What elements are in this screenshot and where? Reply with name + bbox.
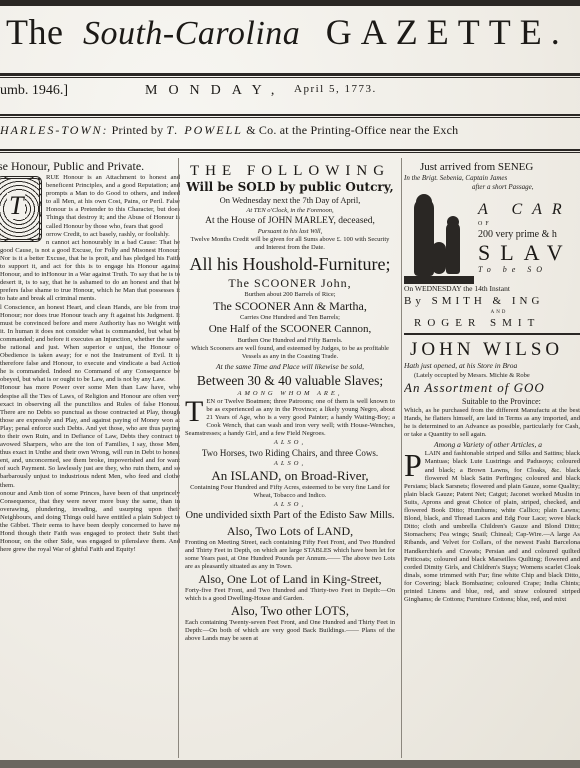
issue-number: umb. 1946.] xyxy=(0,83,68,99)
ad-scooner-ann-martha-detail: Carries One Hundred and Ten Barrels; xyxy=(181,314,399,322)
issue-date: April 5, 1773. xyxy=(294,83,377,95)
ad-scooner-cannon-detail: Burthen One Hundred and Fifty Barrels. xyxy=(181,337,399,345)
ad-mills: One undivided sixth Part of the Edisto S… xyxy=(181,509,399,523)
wilson-suitable: Suitable to the Province: xyxy=(462,396,580,407)
ad-scooner-john: The SCOONER John, xyxy=(181,276,399,291)
ad-king-street-detail: Forty-five Feet Front, and Two Hundred a… xyxy=(181,587,399,603)
ad-lots-detail: Fronting on Meeting Street, each contain… xyxy=(181,539,399,571)
ad-other-lots: Also, Two other LOTS, xyxy=(181,603,399,619)
bottom-border xyxy=(0,760,580,768)
imprint-printed-by: Printed by xyxy=(112,123,164,137)
imprint-place: HARLES-TOWN: xyxy=(0,123,108,137)
ornamental-initial: T xyxy=(0,176,42,242)
ad-place: At the House of JOHN MARLEY, deceased, xyxy=(181,215,399,227)
ad-scooner-note: Which Scooners are well found, and estee… xyxy=(181,345,399,361)
seller-and: AND xyxy=(404,309,580,316)
ad-scooner-john-detail: Burthen about 200 Barrels of Rice; xyxy=(181,291,399,299)
ad-pursuant: Pursuant to his last Will, xyxy=(181,227,399,236)
cargo-of: OF xyxy=(459,220,580,228)
ad-slaves-text: EN or Twelve Boatmen; three Patroons; on… xyxy=(185,398,395,438)
arrival-passage: after a short Passage, xyxy=(472,183,580,192)
masthead-gazette: GAZETTE. xyxy=(326,12,569,52)
seller-roger: ROGER SMIT xyxy=(414,316,580,330)
ad-among-whom: AMONG WHOM ARE, xyxy=(181,389,399,398)
masthead-the: The xyxy=(6,12,63,52)
ad-king-street: Also, One Lot of Land in King-Street, xyxy=(181,571,399,587)
top-border xyxy=(0,0,580,6)
arrival-brig: In the Brigt. Sebenia, Captain James xyxy=(404,174,580,183)
wilson-which: Which, as he purchased from the differen… xyxy=(404,407,580,439)
ad-time: At TEN o'Clock, in the Forenoon, xyxy=(181,206,399,215)
wilson-assortment: An Assortment of GOO xyxy=(404,380,580,396)
column-divider xyxy=(401,158,402,758)
wilson-opened: Hath just opened, at his Store in Broa xyxy=(404,361,580,371)
wilson-lately: (Lately occupied by Messrs. Michie & Rob… xyxy=(414,371,580,380)
ad-divider xyxy=(404,333,580,335)
column-auction-ad: THE FOLLOWING Will be SOLD by public Out… xyxy=(181,158,399,760)
imprint-printer: T. POWELL xyxy=(167,123,243,137)
ad-horses: Two Horses, two Riding Chairs, and three… xyxy=(181,447,399,459)
issue-day: MONDAY, xyxy=(145,83,285,99)
dateline-rule-thin xyxy=(0,117,580,118)
ornamental-initial-letter: T xyxy=(7,193,25,219)
ad-other-lots-detail: Each containing Twenty-seven Feet Front,… xyxy=(181,619,399,643)
column-divider xyxy=(178,158,179,758)
dateline: umb. 1946.] MONDAY, April 5, 1773. xyxy=(0,81,580,103)
wilson-goods-list: LAIN and fashionable striped and Silks a… xyxy=(404,450,580,604)
drop-cap-t: T xyxy=(185,399,203,425)
ad-also: ALSO, xyxy=(181,500,399,509)
imprint-rest: & Co. at the Printing-Office near the Ex… xyxy=(246,123,458,137)
essay-paragraph: n cannot act honourably in a bad Cause: … xyxy=(0,239,180,304)
imprint-rule xyxy=(0,149,580,151)
ad-heading: THE FOLLOWING xyxy=(181,162,399,180)
ad-same-time: At the same Time and Place will likewise… xyxy=(181,361,399,372)
ad-slaves-heading: Between 30 & 40 valuable Slaves; xyxy=(181,372,399,389)
woodcut-illustration xyxy=(404,194,474,284)
sale-date: On WEDNESDAY the 14th Instant xyxy=(404,284,580,294)
column-merchant-ads: Just arrived from SENEG In the Brigt. Se… xyxy=(404,158,580,760)
wilson-among: Among a Variety of other Articles, a xyxy=(434,439,580,450)
ad-island: An ISLAND, on Broad-River, xyxy=(181,468,399,484)
drop-cap-p: P xyxy=(404,451,422,479)
essay-title: se Honour, Public and Private. xyxy=(0,158,180,174)
column-essay: se Honour, Public and Private. T RUE Hon… xyxy=(0,158,180,760)
imprint-rule-thin xyxy=(0,152,580,153)
essay-paragraph: Honour has more Power over some Men than… xyxy=(0,384,180,489)
masthead-south-carolina: South-Carolina xyxy=(83,15,300,52)
ad-also: ALSO, xyxy=(181,438,399,447)
dateline-rule xyxy=(0,114,580,116)
newspaper-page: The South-Carolina GAZETTE. umb. 1946.] … xyxy=(0,0,580,768)
seller-smith: By SMITH & ING xyxy=(404,294,580,309)
essay-paragraph: l Conscience, an honest Heart, and clean… xyxy=(0,304,180,385)
imprint-line: HARLES-TOWN: Printed by T. POWELL & Co. … xyxy=(0,123,580,138)
ad-credit: Twelve Months Credit will be given for a… xyxy=(181,236,399,252)
masthead-rule-thin xyxy=(0,77,580,78)
ad-scooner-cannon: One Half of the SCOONER Cannon, xyxy=(181,322,399,337)
arrival-heading: Just arrived from SENEG xyxy=(420,160,580,174)
masthead: The South-Carolina GAZETTE. xyxy=(0,12,580,54)
ad-lots-heading: Also, Two Lots of LAND, xyxy=(181,523,399,539)
masthead-rule xyxy=(0,73,580,76)
ad-also: ALSO, xyxy=(181,459,399,468)
wilson-heading: JOHN WILSO xyxy=(410,339,580,361)
ad-subheading: Will be SOLD by public Outcry, xyxy=(181,180,399,195)
ad-furniture: All his Houshold-Furniture; xyxy=(181,252,399,276)
essay-paragraph: onour and Amb tion of some Princes, have… xyxy=(0,490,180,555)
ad-scooner-ann-martha: The SCOONER Ann & Martha, xyxy=(181,299,399,314)
ad-when: On Wednesday next the 7th Day of April, xyxy=(181,195,399,206)
ad-island-detail: Containing Four Hundred and Fifty Acres,… xyxy=(181,484,399,500)
